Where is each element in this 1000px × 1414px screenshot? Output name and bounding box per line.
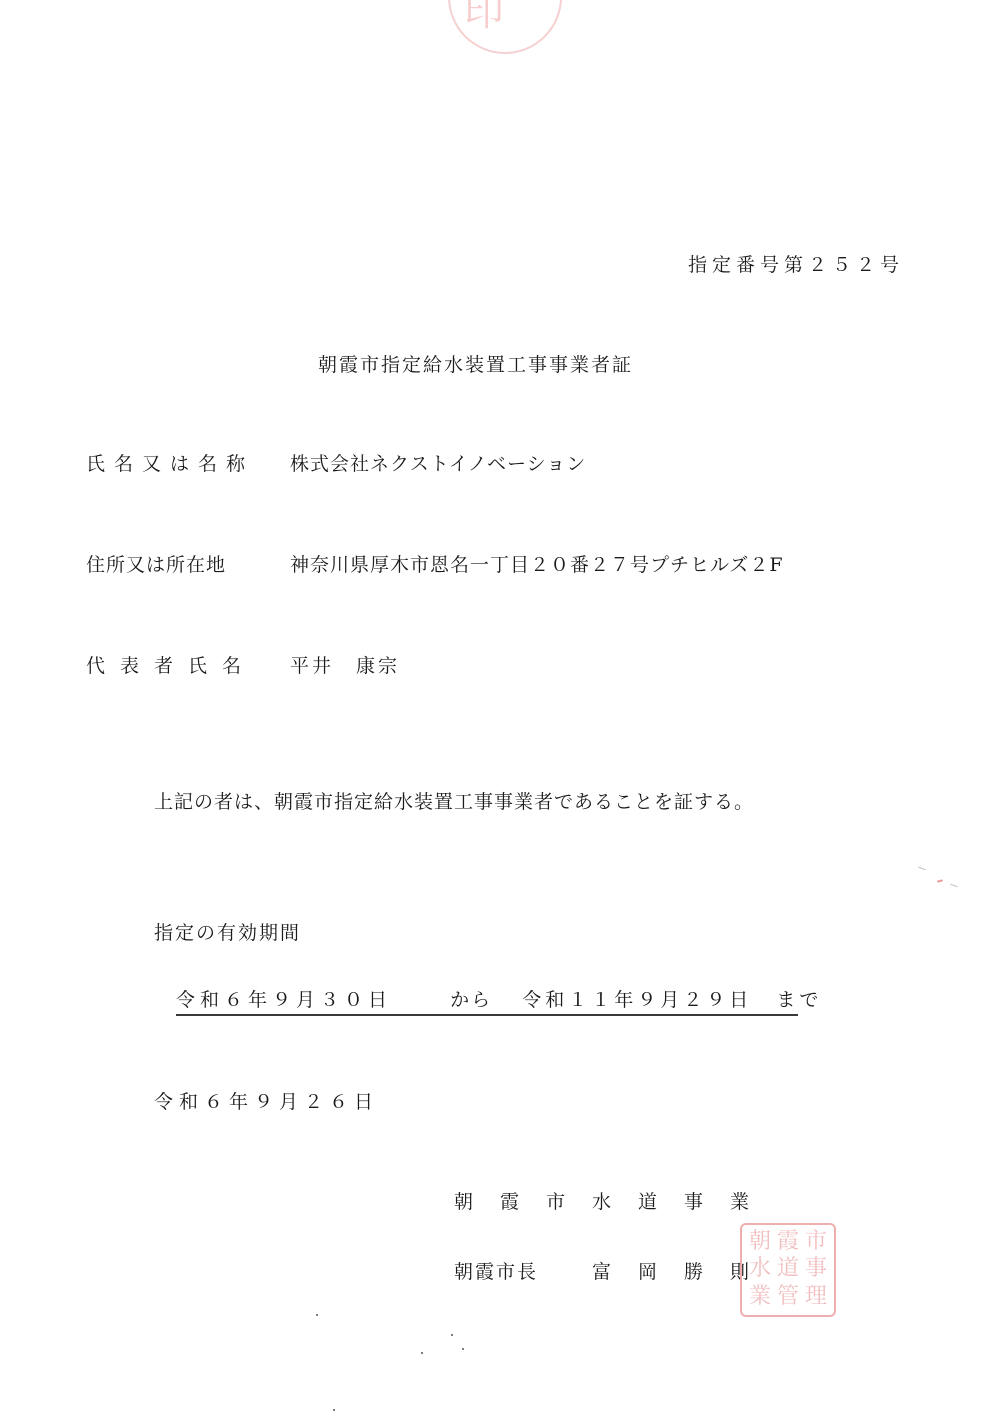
seal-glyph: 理 xyxy=(802,1284,830,1311)
scan-speck xyxy=(333,1409,335,1411)
issue-date: 令和６年９月２６日 xyxy=(154,1090,379,1114)
scan-speck xyxy=(950,884,958,888)
seal-glyph: 業 xyxy=(746,1284,774,1311)
seal-glyph: 水 xyxy=(746,1256,774,1283)
seal-glyph: 事 xyxy=(802,1256,830,1283)
field-label-address: 住所又は所在地 xyxy=(86,553,226,577)
validity-end: 令和１１年９月２９日 xyxy=(522,989,752,1011)
top-seal-glyph: 印 xyxy=(464,0,504,32)
seal-glyph: 霞 xyxy=(774,1229,802,1256)
validity-from-word: から xyxy=(450,989,492,1011)
seal-glyph: 管 xyxy=(774,1284,802,1311)
validity-heading: 指定の有効期間 xyxy=(154,921,301,945)
field-value-representative: 平井 康宗 xyxy=(290,654,400,678)
scan-speck xyxy=(937,879,943,882)
field-value-address: 神奈川県厚木市恩名一丁目２０番２７号プチヒルズ２F xyxy=(290,553,784,577)
document-title: 朝霞市指定給水装置工事事業者証 xyxy=(318,353,633,377)
validity-period: 令和６年９月３０日 から 令和１１年９月２９日 まで xyxy=(176,988,798,1016)
field-label-representative: 代表者氏名 xyxy=(86,654,256,678)
scan-speck xyxy=(462,1348,464,1350)
designation-number: 指定番号第２５２号 xyxy=(688,253,904,277)
seal-glyph: 朝 xyxy=(746,1229,774,1256)
scan-speck xyxy=(451,1334,453,1336)
field-label-name: 氏名又は名称 xyxy=(86,452,254,476)
scan-speck xyxy=(918,867,926,871)
seal-glyph: 道 xyxy=(774,1256,802,1283)
scan-speck xyxy=(316,1314,318,1316)
certification-statement: 上記の者は、朝霞市指定給水装置工事事業者であることを証する。 xyxy=(154,790,754,814)
issuer-organization: 朝霞市水道事業 xyxy=(454,1190,776,1214)
seal-glyph: 市 xyxy=(802,1229,830,1256)
official-seal-stamp: 朝 霞 市 水 道 事 業 管 理 xyxy=(740,1223,836,1317)
top-seal-stamp: 印 xyxy=(448,0,562,54)
issuer-title: 朝霞市長 xyxy=(454,1260,538,1284)
scan-speck xyxy=(421,1352,423,1354)
validity-until-word: まで xyxy=(776,989,822,1011)
field-value-name: 株式会社ネクストイノベーション xyxy=(290,452,586,476)
validity-start: 令和６年９月３０日 xyxy=(176,989,392,1011)
